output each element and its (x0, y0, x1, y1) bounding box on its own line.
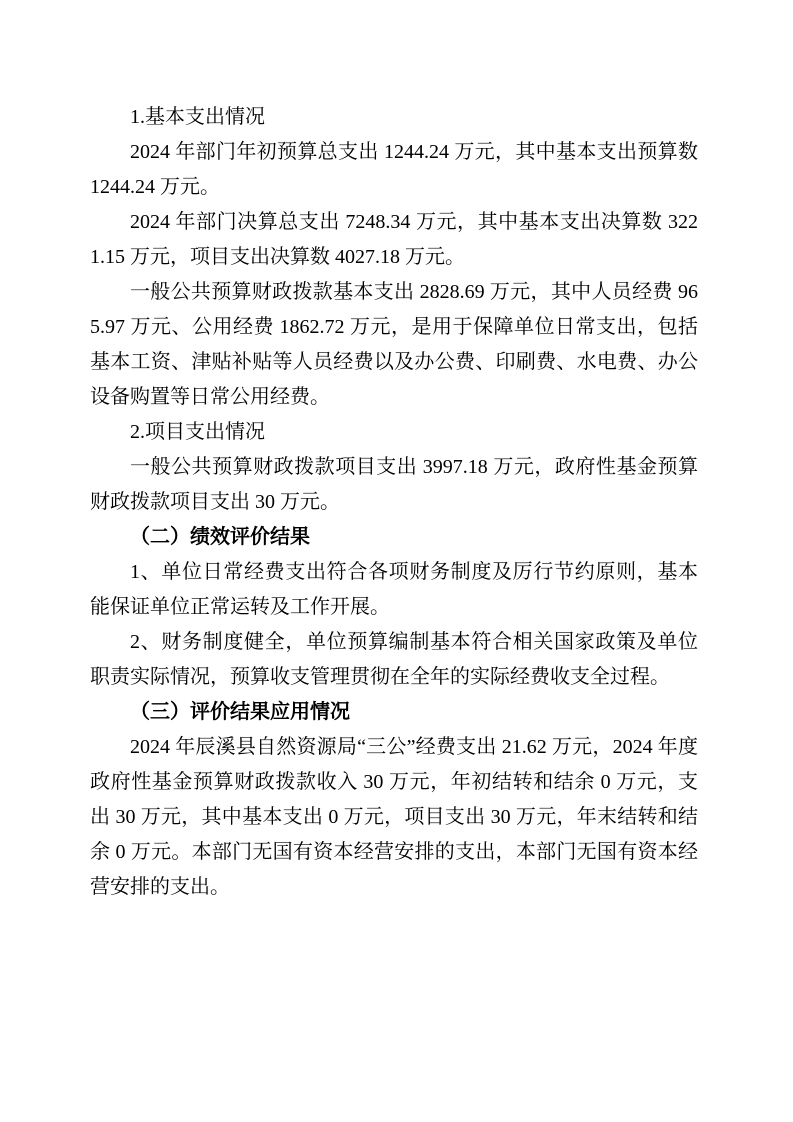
section-heading: （三）评价结果应用情况 (90, 695, 698, 730)
paragraph: 一般公共预算财政拨款项目支出 3997.18 万元，政府性基金预算财政拨款项目支… (90, 450, 698, 520)
paragraph: 一般公共预算财政拨款基本支出 2828.69 万元，其中人员经费 965.97 … (90, 275, 698, 415)
paragraph: 2.项目支出情况 (90, 415, 698, 450)
document-body: 1.基本支出情况2024 年部门年初预算总支出 1244.24 万元，其中基本支… (90, 100, 698, 905)
paragraph: 2024 年部门决算总支出 7248.34 万元，其中基本支出决算数 3221.… (90, 205, 698, 275)
paragraph: 1、单位日常经费支出符合各项财务制度及厉行节约原则，基本能保证单位正常运转及工作… (90, 555, 698, 625)
paragraph: 2024 年部门年初预算总支出 1244.24 万元，其中基本支出预算数 124… (90, 135, 698, 205)
section-heading: （二）绩效评价结果 (90, 520, 698, 555)
paragraph: 2、财务制度健全，单位预算编制基本符合相关国家政策及单位职责实际情况，预算收支管… (90, 625, 698, 695)
document-page: 1.基本支出情况2024 年部门年初预算总支出 1244.24 万元，其中基本支… (0, 0, 793, 1122)
paragraph: 1.基本支出情况 (90, 100, 698, 135)
paragraph: 2024 年辰溪县自然资源局“三公”经费支出 21.62 万元，2024 年度政… (90, 730, 698, 905)
